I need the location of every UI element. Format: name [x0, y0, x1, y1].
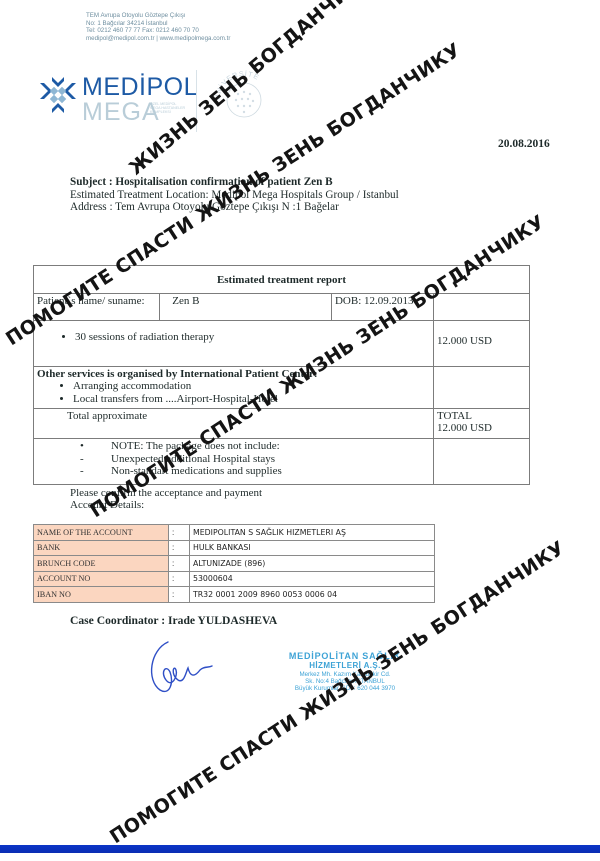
account-label: BRUNCH CODE — [34, 556, 169, 572]
contact-phone-line: Tel: 0212 460 77 77 Fax: 0212 460 70 70 — [86, 27, 230, 35]
logo-mega-text: MEGA — [82, 99, 160, 125]
document-date: 20.08.2016 — [498, 138, 550, 150]
account-details-table: NAME OF THE ACCOUNT : MEDIPOLITAN S SAĞL… — [33, 524, 435, 603]
contact-address-line: TEM Avrupa Otoyolu Göztepe Çıkışı — [86, 12, 230, 20]
account-value: 53000604 — [190, 571, 435, 587]
account-value: TR32 0001 2009 8960 0053 0006 04 — [190, 587, 435, 603]
table-row: NAME OF THE ACCOUNT : MEDIPOLITAN S SAĞL… — [34, 525, 435, 541]
table-row: IBAN NO : TR32 0001 2009 8960 0053 0006 … — [34, 587, 435, 603]
total-value-label: TOTAL — [437, 410, 526, 422]
account-label: ACCOUNT NO — [34, 571, 169, 587]
medipol-logo-icon — [38, 75, 78, 115]
separator: : — [169, 525, 190, 541]
table-row: ACCOUNT NO : 53000604 — [34, 571, 435, 587]
contact-city-line: No: 1 Bağcılar 34214 İstanbul — [86, 20, 230, 28]
account-value: MEDIPOLITAN S SAĞLIK HIZMETLERI AŞ — [190, 525, 435, 541]
footer-bar — [0, 845, 600, 853]
signature-icon — [140, 632, 220, 702]
separator: : — [169, 540, 190, 556]
table-row: BRUNCH CODE : ALTUNIZADE (896) — [34, 556, 435, 572]
total-value-amount: 12.000 USD — [437, 422, 526, 434]
empty-cell — [434, 367, 530, 409]
service-item: Arranging accommodation — [73, 380, 430, 393]
table-row: BANK : HULK BANKASI — [34, 540, 435, 556]
patient-name-value: Zen B — [160, 294, 332, 321]
treatment-report-table: Estimated treatment report Patient`s nam… — [33, 265, 530, 485]
separator: : — [169, 556, 190, 572]
logo-subtitle: ÖZEL MEDİPOL MEGA HASTANELER KOMPLEKSİ — [150, 102, 186, 115]
contact-web-line: medipol@medipol.com.tr | www.medipolmega… — [86, 35, 230, 43]
empty-cell — [434, 439, 530, 485]
account-label: NAME OF THE ACCOUNT — [34, 525, 169, 541]
note-item: -Unexpected additional Hospital stays — [75, 453, 430, 466]
account-label: IBAN NO — [34, 587, 169, 603]
letterhead-contact: TEM Avrupa Otoyolu Göztepe Çıkışı No: 1 … — [86, 12, 230, 42]
account-value: HULK BANKASI — [190, 540, 435, 556]
note-title: •NOTE: The package does not include: — [75, 440, 430, 453]
separator: : — [169, 587, 190, 603]
note-cell: •NOTE: The package does not include: -Un… — [34, 439, 434, 485]
total-value-cell: TOTAL 12.000 USD — [434, 409, 530, 439]
other-services-title: Other services is organised by Internati… — [37, 368, 430, 380]
account-label: BANK — [34, 540, 169, 556]
other-services-cell: Other services is organised by Internati… — [34, 367, 434, 409]
empty-cell — [434, 294, 530, 321]
account-value: ALTUNIZADE (896) — [190, 556, 435, 572]
logo-medipol-text: MEDİPOL — [82, 74, 198, 100]
separator: : — [169, 571, 190, 587]
treatment-cost: 12.000 USD — [434, 321, 530, 367]
case-coordinator: Case Coordinator : Irade YULDASHEVA — [70, 614, 277, 627]
